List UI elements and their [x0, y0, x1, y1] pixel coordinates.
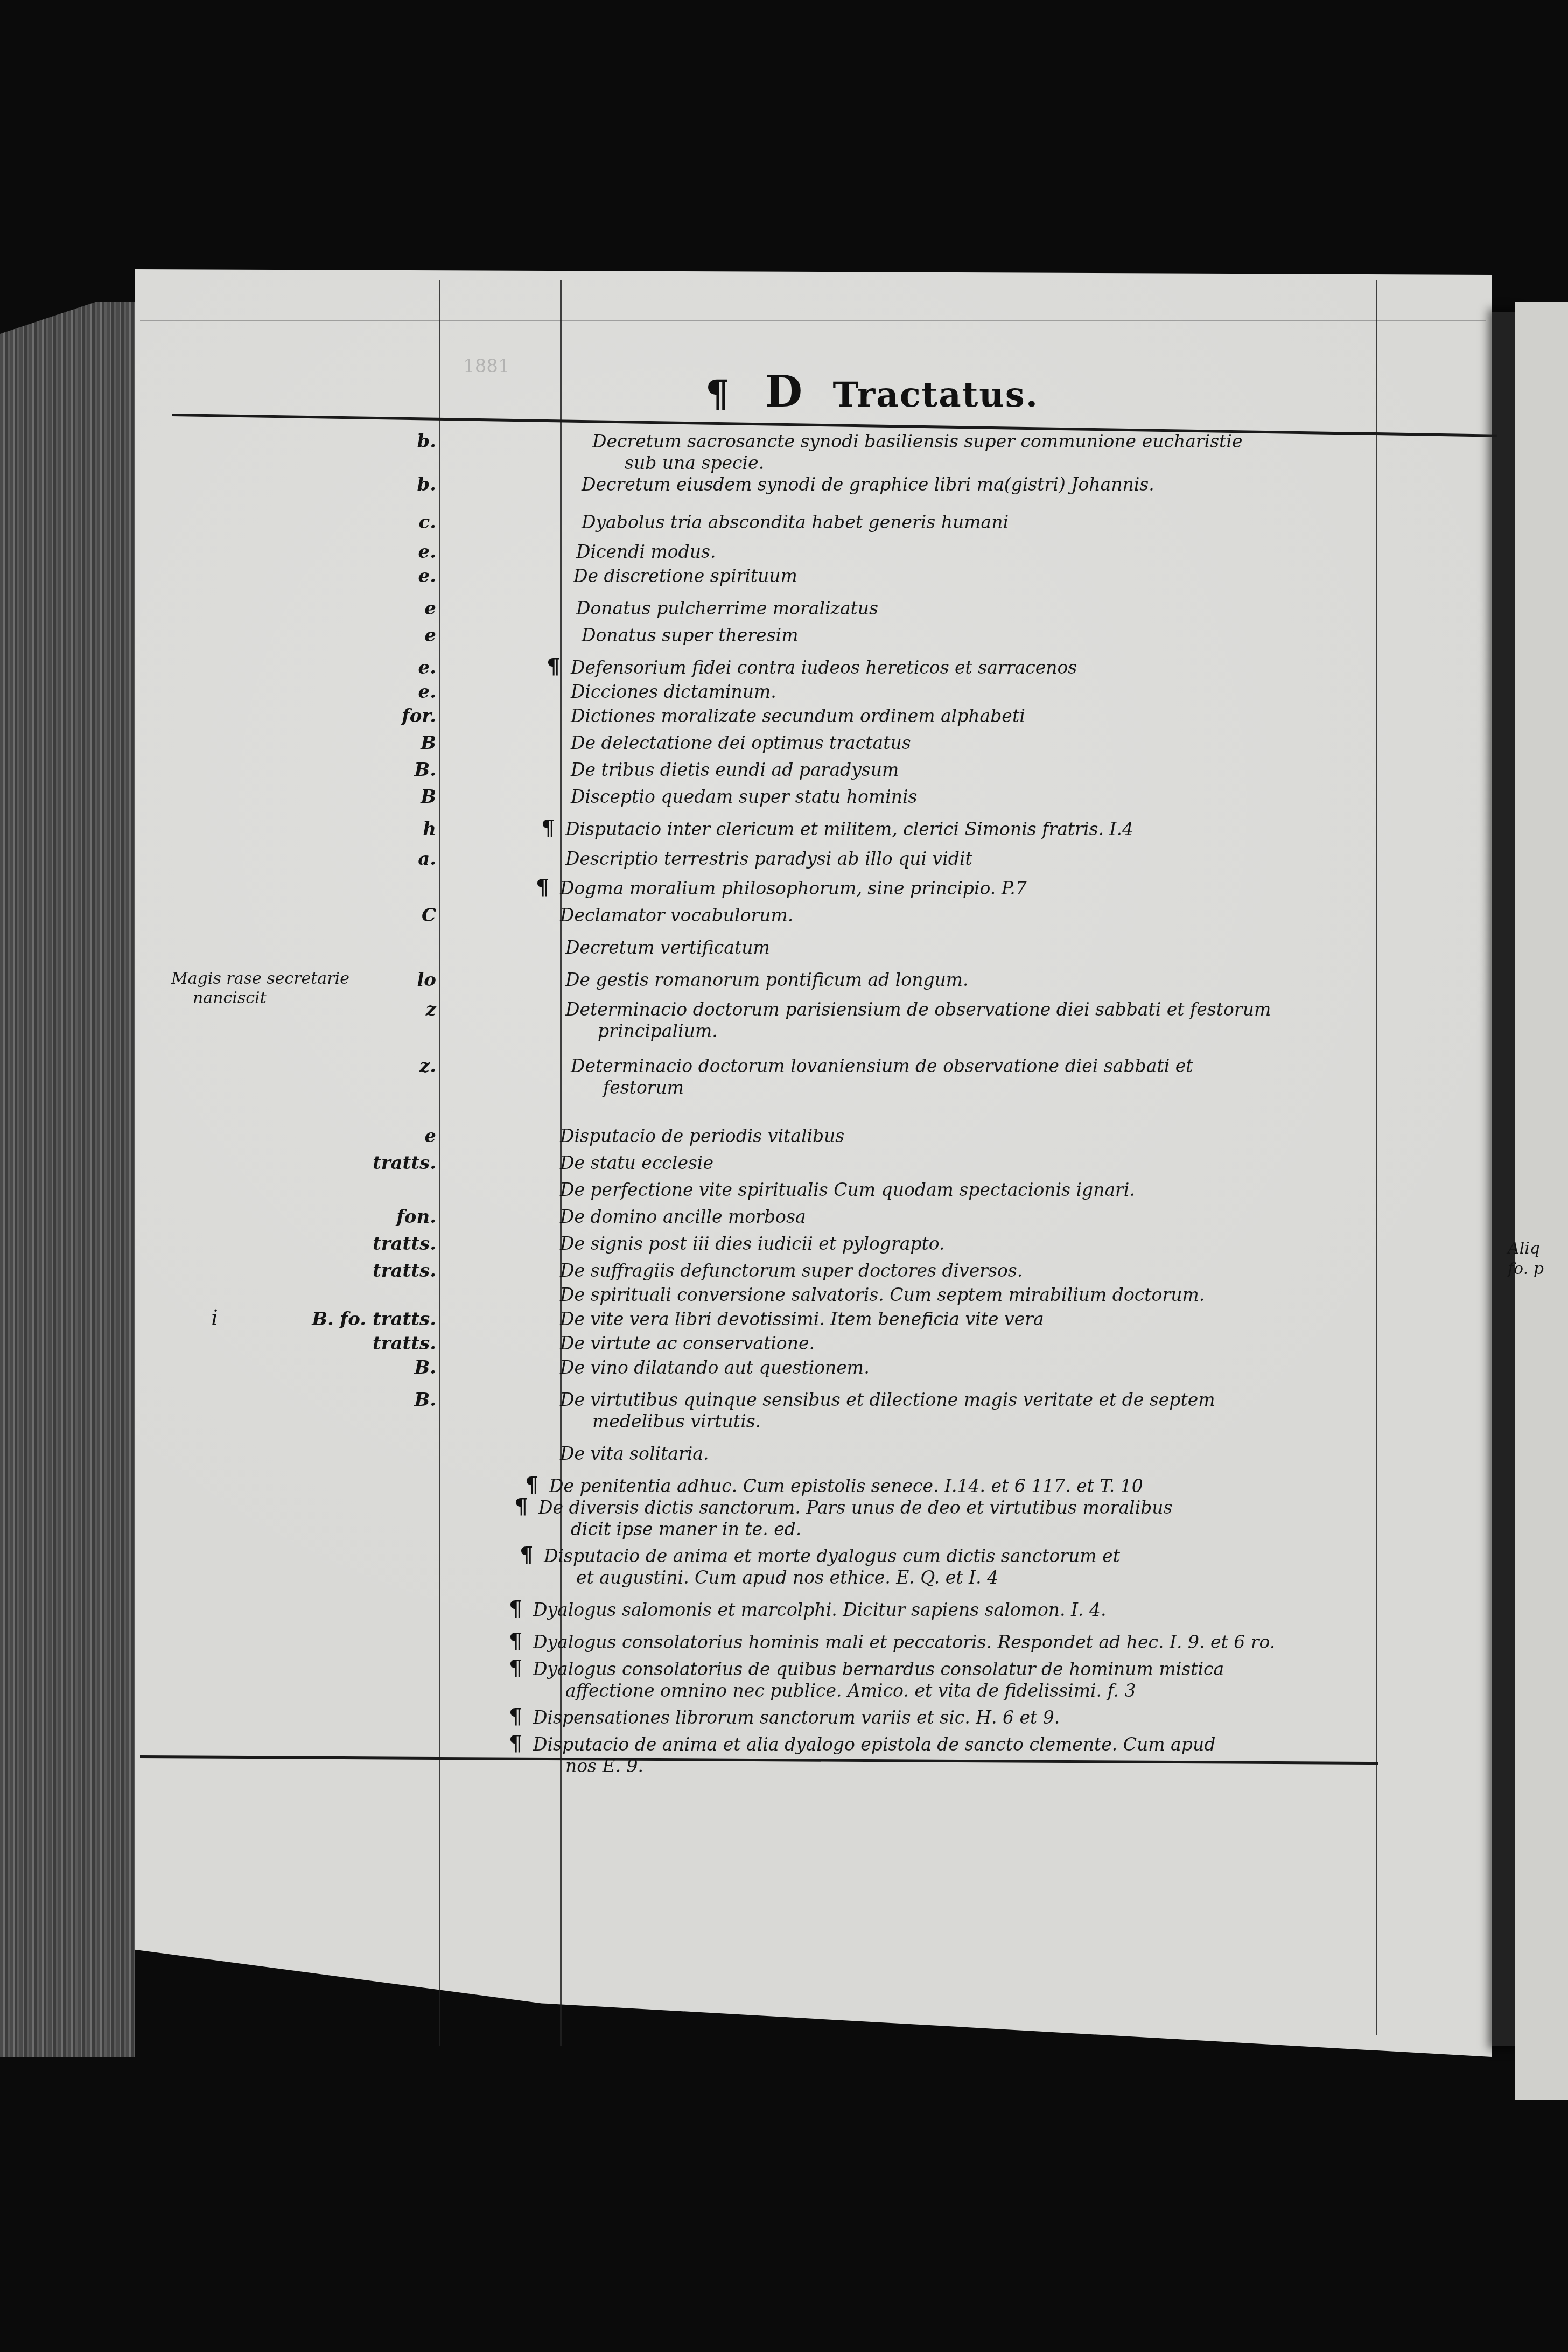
book-fore-edge	[0, 302, 135, 2057]
heading-title: Tractatus.	[832, 375, 1039, 415]
index-entry: De diversis dictis sanctorum. Pars unus …	[538, 1497, 1173, 1540]
index-entry: De virtute ac conservatione.	[560, 1333, 815, 1354]
index-entry: Disputacio inter clericum et militem, cl…	[565, 818, 1133, 840]
entry-continuation: nos E. 9.	[533, 1755, 1215, 1777]
facing-note-line1: Aliq	[1508, 1239, 1540, 1258]
shelf-mark: lo	[361, 969, 436, 991]
index-entry: De vino dilatando aut questionem.	[560, 1357, 870, 1378]
entry-title: Dictiones moralizate secundum ordinem al…	[571, 705, 1025, 727]
entry-title: Dyabolus tria abscondita habet generis h…	[582, 512, 1009, 533]
index-entry: De gestis romanorum pontificum ad longum…	[565, 969, 969, 991]
entry-title: De vite vera libri devotissimi. Item ben…	[560, 1308, 1044, 1330]
entry-title: De diversis dictis sanctorum. Pars unus …	[538, 1497, 1173, 1518]
entry-title: Decretum vertificatum	[565, 937, 770, 958]
top-ruling	[140, 320, 1486, 321]
index-entry: De domino ancille morbosa	[560, 1206, 806, 1228]
entry-title: De penitentia adhuc. Cum epistolis senec…	[549, 1475, 1143, 1497]
index-entry: Donatus super theresim	[582, 625, 798, 646]
entry-title: Declamator vocabulorum.	[560, 905, 793, 926]
shelf-mark: a.	[361, 848, 436, 870]
index-entry: De vite vera libri devotissimi. Item ben…	[560, 1308, 1044, 1330]
shelf-mark: e.	[361, 681, 436, 703]
index-entry: Defensorium fidei contra iudeos heretico…	[571, 657, 1077, 678]
index-entry: Dictiones moralizate secundum ordinem al…	[571, 705, 1025, 727]
index-entry: De suffragiis defunctorum super doctores…	[560, 1260, 1023, 1282]
entry-continuation: festorum	[571, 1077, 1193, 1098]
entry-title: Dispensationes librorum sanctorum variis…	[533, 1707, 1060, 1728]
index-entry: Dyalogus consolatorius hominis mali et p…	[533, 1632, 1275, 1653]
paraph-mark-icon: ¶	[509, 1704, 522, 1729]
entry-continuation: affectione omnino nec publice. Amico. et…	[533, 1680, 1224, 1702]
entry-title: De tribus dietis eundi ad paradysum	[571, 759, 899, 781]
paraph-mark-icon: ¶	[509, 1628, 522, 1654]
shelf-mark: B.	[361, 1389, 436, 1411]
index-entry: De tribus dietis eundi ad paradysum	[571, 759, 899, 781]
shelf-mark: e	[361, 1125, 436, 1147]
entry-title: Dyalogus salomonis et marcolphi. Dicitur…	[533, 1599, 1107, 1621]
index-entry: Decretum sacrosancte synodi basiliensis …	[592, 431, 1242, 474]
index-entry: Disputacio de anima et morte dyalogus cu…	[544, 1545, 1120, 1588]
index-entry: Decretum eiusdem synodi de graphice libr…	[582, 474, 1154, 495]
entry-title: De vino dilatando aut questionem.	[560, 1357, 870, 1378]
entry-title: Disputacio de periodis vitalibus	[560, 1125, 844, 1147]
paraph-mark-icon: ¶	[509, 1596, 522, 1621]
paraph-mark-icon: ¶	[520, 1542, 533, 1567]
entry-continuation: dicit ipse maner in te. ed.	[538, 1518, 1173, 1540]
index-entry: Dispensationes librorum sanctorum variis…	[533, 1707, 1060, 1728]
entry-title: Decretum sacrosancte synodi basiliensis …	[592, 431, 1242, 452]
shelf-mark: e.	[361, 657, 436, 678]
index-entry: Dogma moralium philosophorum, sine princ…	[560, 878, 1027, 899]
entry-continuation: sub una specie.	[592, 452, 1242, 474]
index-entry: Dyabolus tria abscondita habet generis h…	[582, 512, 1009, 533]
paraph-mark-icon: ¶	[514, 1494, 528, 1519]
shelf-mark: e	[361, 625, 436, 646]
entry-title: Dicendi modus.	[576, 541, 716, 563]
margin-note-line2: nanciscit	[171, 989, 267, 1007]
entry-title: De virtute ac conservatione.	[560, 1333, 815, 1354]
entry-title: Dyalogus consolatorius hominis mali et p…	[533, 1632, 1275, 1653]
entry-title: De discretione spirituum	[573, 565, 797, 587]
entry-title: Donatus pulcherrime moralizatus	[576, 598, 878, 619]
margin-note: Magis rase secretarie nanciscit	[171, 969, 349, 1008]
entry-title: De suffragiis defunctorum super doctores…	[560, 1260, 1023, 1282]
index-entry: De spirituali conversione salvatoris. Cu…	[560, 1284, 1205, 1306]
facing-page-note: Aliq fo. p	[1508, 1238, 1544, 1279]
entry-title: Decretum eiusdem synodi de graphice libr…	[582, 474, 1154, 495]
index-entry: Determinacio doctorum lovaniensium de ob…	[571, 1055, 1193, 1098]
text-rule-right	[1376, 280, 1377, 2035]
index-entry: Disceptio quedam super statu hominis	[571, 786, 917, 808]
index-entry: De virtutibus quinque sensibus et dilect…	[560, 1389, 1215, 1432]
entry-title: De statu ecclesie	[560, 1152, 713, 1174]
index-entry: Disputacio de anima et alia dyalogo epis…	[533, 1734, 1215, 1777]
shelf-mark: tratts.	[296, 1233, 436, 1255]
pointing-mark: i	[211, 1308, 218, 1328]
entry-title: Disputacio de anima et morte dyalogus cu…	[544, 1545, 1120, 1567]
facing-page-edge	[1515, 302, 1568, 2100]
shelf-mark: B. fo. tratts.	[296, 1308, 436, 1330]
entry-title: Determinacio doctorum lovaniensium de ob…	[571, 1055, 1193, 1077]
paraph-mark-icon: ¶	[509, 1731, 522, 1756]
index-entry: De statu ecclesie	[560, 1152, 713, 1174]
book-gutter	[1492, 312, 1515, 2046]
shelf-mark: e.	[361, 541, 436, 563]
entry-title: Donatus super theresim	[582, 625, 798, 646]
entry-title: De spirituali conversione salvatoris. Cu…	[560, 1284, 1205, 1306]
shelf-mark: for.	[361, 705, 436, 727]
margin-rule-outer	[439, 280, 440, 2046]
paraph-mark-icon: ¶	[547, 654, 560, 679]
index-entry: Decretum vertificatum	[565, 937, 770, 958]
index-entry: De perfectione vite spiritualis Cum quod…	[560, 1179, 1135, 1201]
index-entry: Dyalogus consolatorius de quibus bernard…	[533, 1658, 1224, 1702]
entry-continuation: principalium.	[565, 1020, 1271, 1042]
entry-continuation: et augustini. Cum apud nos ethice. E. Q.…	[544, 1567, 1120, 1588]
shelf-mark: e	[361, 598, 436, 619]
index-entry: De penitentia adhuc. Cum epistolis senec…	[549, 1475, 1143, 1497]
shelf-mark: C	[361, 905, 436, 926]
entry-title: De domino ancille morbosa	[560, 1206, 806, 1228]
paraph-mark-icon: ¶	[509, 1655, 522, 1681]
index-entry: Disputacio de periodis vitalibus	[560, 1125, 844, 1147]
paraph-mark-icon: ¶	[541, 815, 555, 841]
entry-title: Defensorium fidei contra iudeos heretico…	[571, 657, 1077, 678]
entry-title: De gestis romanorum pontificum ad longum…	[565, 969, 969, 991]
shelf-mark: b.	[361, 431, 436, 452]
index-entry: De signis post iii dies iudicii et pylog…	[560, 1233, 945, 1255]
page-heading: ¶ D Tractatus.	[705, 366, 1039, 417]
shelf-mark: B	[361, 732, 436, 754]
margin-note-line1: Magis rase secretarie	[171, 969, 349, 988]
index-entry: Declamator vocabulorum.	[560, 905, 793, 926]
shelf-mark: tratts.	[296, 1152, 436, 1174]
shelf-mark: B.	[361, 759, 436, 781]
index-entry: De delectatione dei optimus tractatus	[571, 732, 911, 754]
entry-title: De virtutibus quinque sensibus et dilect…	[560, 1389, 1215, 1411]
entry-title: De perfectione vite spiritualis Cum quod…	[560, 1179, 1135, 1201]
shelf-mark: B	[361, 786, 436, 808]
entry-title: Dyalogus consolatorius de quibus bernard…	[533, 1658, 1224, 1680]
entry-title: Disputacio de anima et alia dyalogo epis…	[533, 1734, 1215, 1755]
facing-note-line2: fo. p	[1508, 1259, 1544, 1278]
ghost-foliation: 1881	[463, 355, 510, 377]
index-entry: Donatus pulcherrime moralizatus	[576, 598, 878, 619]
index-entry: Dyalogus salomonis et marcolphi. Dicitur…	[533, 1599, 1107, 1621]
index-entry: Determinacio doctorum parisiensium de ob…	[565, 999, 1271, 1042]
shelf-mark: z.	[361, 1055, 436, 1077]
pilcrow-mark: ¶	[705, 371, 731, 416]
index-entry: Descriptio terrestris paradysi ab illo q…	[565, 848, 972, 870]
entry-title: Disputacio inter clericum et militem, cl…	[565, 818, 1133, 840]
index-entry: De discretione spirituum	[573, 565, 797, 587]
shelf-mark: B.	[361, 1357, 436, 1378]
entry-title: Descriptio terrestris paradysi ab illo q…	[565, 848, 972, 870]
heading-initial: D	[765, 366, 803, 417]
shelf-mark: tratts.	[296, 1260, 436, 1282]
shelf-mark: z	[361, 999, 436, 1020]
shelf-mark: b.	[361, 474, 436, 495]
shelf-mark: h	[361, 818, 436, 840]
shelf-mark: c.	[361, 512, 436, 533]
entry-title: Dicciones dictaminum.	[571, 681, 776, 703]
shelf-mark: tratts.	[296, 1333, 436, 1354]
index-entry: Dicciones dictaminum.	[571, 681, 776, 703]
entry-title: Disceptio quedam super statu hominis	[571, 786, 917, 808]
entry-title: De vita solitaria.	[560, 1443, 709, 1465]
shelf-mark: e.	[361, 565, 436, 587]
index-entry: De vita solitaria.	[560, 1443, 709, 1465]
shelf-mark: fon.	[361, 1206, 436, 1228]
entry-title: Determinacio doctorum parisiensium de ob…	[565, 999, 1271, 1020]
entry-title: De signis post iii dies iudicii et pylog…	[560, 1233, 945, 1255]
entry-title: De delectatione dei optimus tractatus	[571, 732, 911, 754]
entry-title: Dogma moralium philosophorum, sine princ…	[560, 878, 1027, 899]
index-entry: Dicendi modus.	[576, 541, 716, 563]
entry-continuation: medelibus virtutis.	[560, 1411, 1215, 1432]
paraph-mark-icon: ¶	[536, 874, 549, 900]
